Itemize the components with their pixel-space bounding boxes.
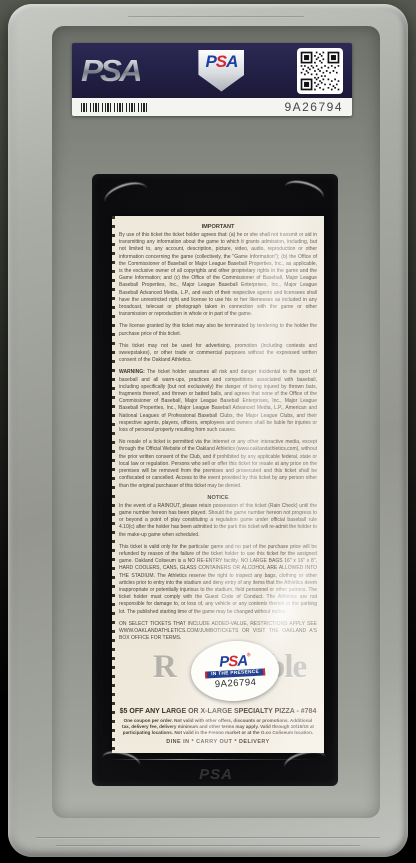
registered-mark: ®	[247, 652, 250, 658]
sponsor-block: R ble PSA® IN THE PRESENCE 9A26794	[119, 647, 317, 703]
plastic-glare	[282, 177, 326, 207]
pizza-offer-line: $5 OFF ANY LARGE OR X-LARGE SPECIALTY PI…	[119, 708, 317, 715]
advertising-paragraph: This ticket may not be used for advertis…	[119, 343, 317, 365]
psa-sticker-logo: PSA®	[219, 653, 250, 670]
qr-code-icon	[297, 48, 343, 94]
important-paragraph: By use of this ticket the ticket holder …	[119, 232, 317, 318]
license-paragraph: The license granted by this ticket may a…	[119, 323, 317, 337]
coupon-terms: One coupon per order. Not valid with oth…	[122, 718, 314, 735]
warning-label: WARNING:	[119, 369, 145, 375]
select-tickets-paragraph: ON SELECT TICKETS THAT INCLUDE ADDED-VAL…	[119, 621, 317, 643]
psa-slab-case: PSA PSA 9A26794	[8, 4, 408, 857]
notice-heading: NOTICE	[119, 495, 317, 501]
ticket-back: IMPORTANT By use of this ticket the tick…	[112, 216, 324, 753]
psa-authentication-sticker: PSA® IN THE PRESENCE 9A26794	[189, 639, 280, 704]
psa-cert-label: PSA PSA 9A26794	[72, 43, 352, 116]
service-options-line: DINE IN * CARRY OUT * DELIVERY	[119, 739, 317, 745]
cert-number: 9A26794	[284, 100, 343, 114]
barcode-icon	[81, 103, 147, 112]
rainout-paragraph: In the event of a RAINOUT, please retain…	[119, 503, 317, 539]
label-cert-strip: 9A26794	[72, 98, 352, 116]
slab-bottom-groove	[56, 845, 360, 847]
ticket-recess: IMPORTANT By use of this ticket the tick…	[92, 174, 338, 786]
sponsor-logo-fragment-left: R	[153, 651, 176, 684]
important-heading: IMPORTANT	[119, 224, 317, 230]
validity-paragraph: This ticket is valid only for the partic…	[119, 544, 317, 616]
warning-paragraph: WARNING:The ticket holder assumes all ri…	[119, 369, 317, 434]
slab-top-groove	[128, 16, 304, 18]
slab-bottom-groove	[36, 837, 380, 839]
label-navy-band: PSA PSA	[72, 43, 352, 98]
embossed-psa-logo: PSA	[52, 765, 380, 782]
plastic-glare-line	[110, 759, 320, 760]
plastic-glare	[102, 178, 151, 213]
psa-shield-logo: PSA	[198, 50, 244, 92]
resale-paragraph: No resale of a ticket is permitted via t…	[119, 439, 317, 489]
photo-background: PSA PSA 9A26794	[0, 0, 416, 863]
slab-insert: PSA PSA 9A26794	[52, 26, 380, 818]
psa-logo: PSA	[81, 55, 140, 85]
sticker-cert-number: 9A26794	[215, 677, 257, 690]
